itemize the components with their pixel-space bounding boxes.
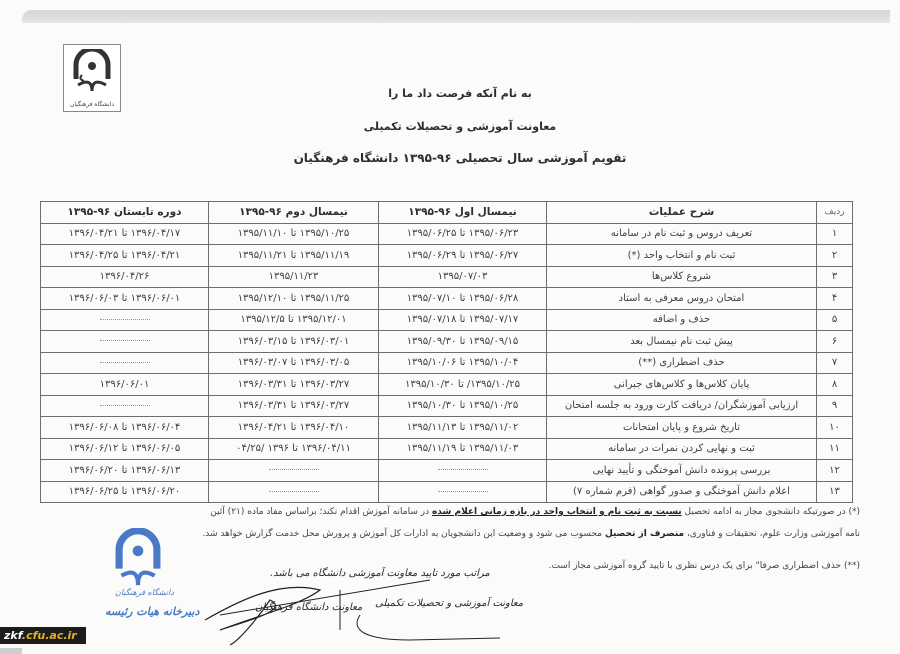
header-semester-2: نیمسال دوم ۹۶-۱۳۹۵ bbox=[209, 202, 379, 224]
row-summer: ۱۳۹۶/۰۶/۰۵ تا ۱۳۹۶/۰۶/۱۲ bbox=[41, 438, 209, 460]
row-summer: ۱۳۹۶/۰۴/۲۱ تا ۱۳۹۶/۰۴/۲۵ bbox=[41, 245, 209, 267]
department-heading: معاونت آموزشی و تحصیلات تکمیلی bbox=[200, 120, 720, 133]
row-semester-1: ۱۳۹۵/۱۰/۲۵/ تا ۱۳۹۵/۱۰/۳۰ bbox=[379, 374, 547, 396]
row-semester-1: ۱۳۹۵/۱۰/۲۵ تا ۱۳۹۵/۱۰/۳۰ bbox=[379, 395, 547, 417]
row-number: ۵ bbox=[817, 309, 853, 331]
row-summer: ۱۳۹۶/۰۶/۲۰ تا ۱۳۹۶/۰۶/۲۵ bbox=[41, 481, 209, 503]
row-semester-2 bbox=[209, 460, 379, 482]
row-description: بررسی پرونده دانش آموختگی و تأیید نهایی bbox=[547, 460, 817, 482]
row-description: ثبت نام و انتخاب واحد (*) bbox=[547, 245, 817, 267]
stamp-caption-university: دانشگاه فرهنگیان bbox=[115, 588, 174, 597]
row-summer: ۱۳۹۶/۰۶/۰۱ تا ۱۳۹۶/۰۶/۰۳ bbox=[41, 288, 209, 310]
table-row: ۱تعریف دروس و ثبت نام در سامانه۱۳۹۵/۰۶/۲… bbox=[41, 223, 853, 245]
academic-calendar-table: ردیف شرح عملیات نیمسال اول ۹۶-۱۳۹۵ نیمسا… bbox=[40, 201, 853, 503]
row-number: ۱۲ bbox=[817, 460, 853, 482]
row-semester-2 bbox=[209, 481, 379, 503]
row-description: شروع کلاس‌ها bbox=[547, 266, 817, 288]
header-description: شرح عملیات bbox=[547, 202, 817, 224]
empty-dash bbox=[100, 340, 150, 341]
row-semester-2: ۱۳۹۵/۱۱/۱۹ تا ۱۳۹۵/۱۱/۲۱ bbox=[209, 245, 379, 267]
table-row: ۱۱ثبت و نهایی کردن نمرات در سامانه۱۳۹۵/۱… bbox=[41, 438, 853, 460]
signature-area: مراتب مورد تایید معاونت آموزشی دانشگاه م… bbox=[200, 560, 530, 650]
empty-dash bbox=[438, 469, 488, 470]
row-semester-1: ۱۳۹۵/۰۹/۱۵ تا ۱۳۹۵/۰۹/۳۰ bbox=[379, 331, 547, 353]
row-summer: ۱۳۹۶/۰۴/۲۶ bbox=[41, 266, 209, 288]
row-number: ۴ bbox=[817, 288, 853, 310]
row-semester-1: ۱۳۹۵/۰۶/۲۷ تا ۱۳۹۵/۰۶/۲۹ bbox=[379, 245, 547, 267]
table-row: ۸پایان کلاس‌ها و کلاس‌های جبرانی۱۳۹۵/۱۰/… bbox=[41, 374, 853, 396]
row-description: ارزیابی آموزشگران/ دریافت کارت ورود به ج… bbox=[547, 395, 817, 417]
empty-dash bbox=[438, 491, 488, 492]
header-row-number: ردیف bbox=[817, 202, 853, 224]
row-semester-2: ۱۳۹۶/۰۳/۰۱ تا ۱۳۹۶/۰۳/۱۵ bbox=[209, 331, 379, 353]
row-number: ۳ bbox=[817, 266, 853, 288]
table-row: ۷حذف اضطراری (**)۱۳۹۵/۱۰/۰۴ تا ۱۳۹۵/۱۰/۰… bbox=[41, 352, 853, 374]
row-summer bbox=[41, 331, 209, 353]
row-number: ۶ bbox=[817, 331, 853, 353]
row-description: تعریف دروس و ثبت نام در سامانه bbox=[547, 223, 817, 245]
empty-dash bbox=[269, 469, 319, 470]
row-semester-1: ۱۳۹۵/۱۰/۰۴ تا ۱۳۹۵/۱۰/۰۶ bbox=[379, 352, 547, 374]
row-semester-1: ۱۳۹۵/۰۷/۰۳ bbox=[379, 266, 547, 288]
row-semester-2: ۱۳۹۶/۰۳/۲۷ تا ۱۳۹۶/۰۳/۳۱ bbox=[209, 374, 379, 396]
row-semester-2: ۱۳۹۵/۱۲/۰۱ تا ۱۳۹۵/۱۲/۵ bbox=[209, 309, 379, 331]
row-number: ۱ bbox=[817, 223, 853, 245]
footnote-2: (**) حذف اضطراری صرفا" برای یک درس نظری … bbox=[549, 561, 860, 571]
scan-edge-bar bbox=[22, 10, 890, 23]
table-header-row: ردیف شرح عملیات نیمسال اول ۹۶-۱۳۹۵ نیمسا… bbox=[41, 202, 853, 224]
row-semester-2: ۱۳۹۶/۰۴/۱۱ تا ۱۳۹۶ /۰۴/۲۵ bbox=[209, 438, 379, 460]
row-description: اعلام دانش آموختگی و صدور گواهی (فرم شما… bbox=[547, 481, 817, 503]
signature-scribble-icon bbox=[200, 560, 530, 650]
row-semester-2: ۱۳۹۵/۱۱/۲۵ تا ۱۳۹۵/۱۲/۱۰ bbox=[209, 288, 379, 310]
footnote-1-line-2: نامه آموزشی وزارت علوم، تحقیقات و فناوری… bbox=[202, 529, 860, 539]
row-number: ۸ bbox=[817, 374, 853, 396]
row-summer bbox=[41, 309, 209, 331]
row-semester-1: ۱۳۹۵/۱۱/۰۳ تا ۱۳۹۵/۱۱/۱۹ bbox=[379, 438, 547, 460]
table-row: ۲ثبت نام و انتخاب واحد (*)۱۳۹۵/۰۶/۲۷ تا … bbox=[41, 245, 853, 267]
row-number: ۹ bbox=[817, 395, 853, 417]
empty-dash bbox=[100, 362, 150, 363]
table-row: ۱۰تاریخ شروع و پایان امتحانات۱۳۹۵/۱۱/۰۲ … bbox=[41, 417, 853, 439]
logo-emblem-icon bbox=[70, 49, 114, 95]
footnote-1-line-1: (*) در صورتیکه دانشجوی مجاز به ادامه تحص… bbox=[210, 507, 860, 517]
empty-dash bbox=[100, 319, 150, 320]
stamp-caption-secretariat: دبیرخانه هیات رئیسه bbox=[105, 605, 199, 618]
blue-stamp-logo-icon bbox=[112, 528, 164, 588]
row-description: امتحان دروس معرفی به استاد bbox=[547, 288, 817, 310]
table-row: ۳شروع کلاس‌ها۱۳۹۵/۰۷/۰۳۱۳۹۵/۱۱/۲۳۱۳۹۶/۰۴… bbox=[41, 266, 853, 288]
table-row: ۵حذف و اضافه۱۳۹۵/۰۷/۱۷ تا ۱۳۹۵/۰۷/۱۸۱۳۹۵… bbox=[41, 309, 853, 331]
row-semester-2: ۱۳۹۵/۱۰/۲۵ تا ۱۳۹۵/۱۱/۱۰ bbox=[209, 223, 379, 245]
row-summer: ۱۳۹۶/۰۶/۰۴ تا ۱۳۹۶/۰۶/۰۸ bbox=[41, 417, 209, 439]
row-description: حذف اضطراری (**) bbox=[547, 352, 817, 374]
row-summer: ۱۳۹۶/۰۶/۱۳ تا ۱۳۹۶/۰۶/۲۰ bbox=[41, 460, 209, 482]
empty-dash bbox=[269, 491, 319, 492]
empty-dash bbox=[100, 405, 150, 406]
row-description: پایان کلاس‌ها و کلاس‌های جبرانی bbox=[547, 374, 817, 396]
row-description: تاریخ شروع و پایان امتحانات bbox=[547, 417, 817, 439]
row-semester-1: ۱۳۹۵/۱۱/۰۲ تا ۱۳۹۵/۱۱/۱۳ bbox=[379, 417, 547, 439]
row-semester-2: ۱۳۹۵/۱۱/۲۳ bbox=[209, 266, 379, 288]
row-description: حذف و اضافه bbox=[547, 309, 817, 331]
row-number: ۱۳ bbox=[817, 481, 853, 503]
row-summer bbox=[41, 352, 209, 374]
row-number: ۷ bbox=[817, 352, 853, 374]
university-logo: دانشگاه فرهنگیان bbox=[63, 44, 121, 112]
row-semester-1: ۱۳۹۵/۰۶/۲۸ تا ۱۳۹۵/۰۷/۱۰ bbox=[379, 288, 547, 310]
table-row: ۴امتحان دروس معرفی به استاد۱۳۹۵/۰۶/۲۸ تا… bbox=[41, 288, 853, 310]
row-semester-1 bbox=[379, 460, 547, 482]
table-row: ۱۳اعلام دانش آموختگی و صدور گواهی (فرم ش… bbox=[41, 481, 853, 503]
site-watermark: zkf.cfu.ac.ir bbox=[0, 627, 86, 644]
scan-edge-strip bbox=[0, 648, 22, 654]
row-number: ۱۱ bbox=[817, 438, 853, 460]
row-semester-2: ۱۳۹۶/۰۴/۱۰ تا ۱۳۹۶/۰۴/۲۱ bbox=[209, 417, 379, 439]
table-row: ۱۲بررسی پرونده دانش آموختگی و تأیید نهای… bbox=[41, 460, 853, 482]
row-summer bbox=[41, 395, 209, 417]
header-semester-1: نیمسال اول ۹۶-۱۳۹۵ bbox=[379, 202, 547, 224]
document-title: تقویم آموزشی سال تحصیلی ۹۶-۱۳۹۵ دانشگاه … bbox=[200, 151, 720, 165]
row-semester-1: ۱۳۹۵/۰۶/۲۳ تا ۱۳۹۵/۰۶/۲۵ bbox=[379, 223, 547, 245]
row-description: پیش ثبت نام نیمسال بعد bbox=[547, 331, 817, 353]
basmala-heading: به نام آنکه فرصت داد ما را bbox=[200, 87, 720, 100]
row-semester-1 bbox=[379, 481, 547, 503]
row-number: ۱۰ bbox=[817, 417, 853, 439]
logo-caption: دانشگاه فرهنگیان bbox=[66, 101, 118, 108]
row-summer: ۱۳۹۶/۰۴/۱۷ تا ۱۳۹۶/۰۴/۲۱ bbox=[41, 223, 209, 245]
table-row: ۶پیش ثبت نام نیمسال بعد۱۳۹۵/۰۹/۱۵ تا ۱۳۹… bbox=[41, 331, 853, 353]
header-summer: دوره تابستان ۹۶-۱۳۹۵ bbox=[41, 202, 209, 224]
row-semester-2: ۱۳۹۶/۰۳/۲۷ تا ۱۳۹۶/۰۳/۳۱ bbox=[209, 395, 379, 417]
row-number: ۲ bbox=[817, 245, 853, 267]
row-semester-1: ۱۳۹۵/۰۷/۱۷ تا ۱۳۹۵/۰۷/۱۸ bbox=[379, 309, 547, 331]
row-semester-2: ۱۳۹۶/۰۳/۰۵ تا ۱۳۹۶/۰۳/۰۷ bbox=[209, 352, 379, 374]
table-row: ۹ارزیابی آموزشگران/ دریافت کارت ورود به … bbox=[41, 395, 853, 417]
row-summer: ۱۳۹۶/۰۶/۰۱ bbox=[41, 374, 209, 396]
row-description: ثبت و نهایی کردن نمرات در سامانه bbox=[547, 438, 817, 460]
